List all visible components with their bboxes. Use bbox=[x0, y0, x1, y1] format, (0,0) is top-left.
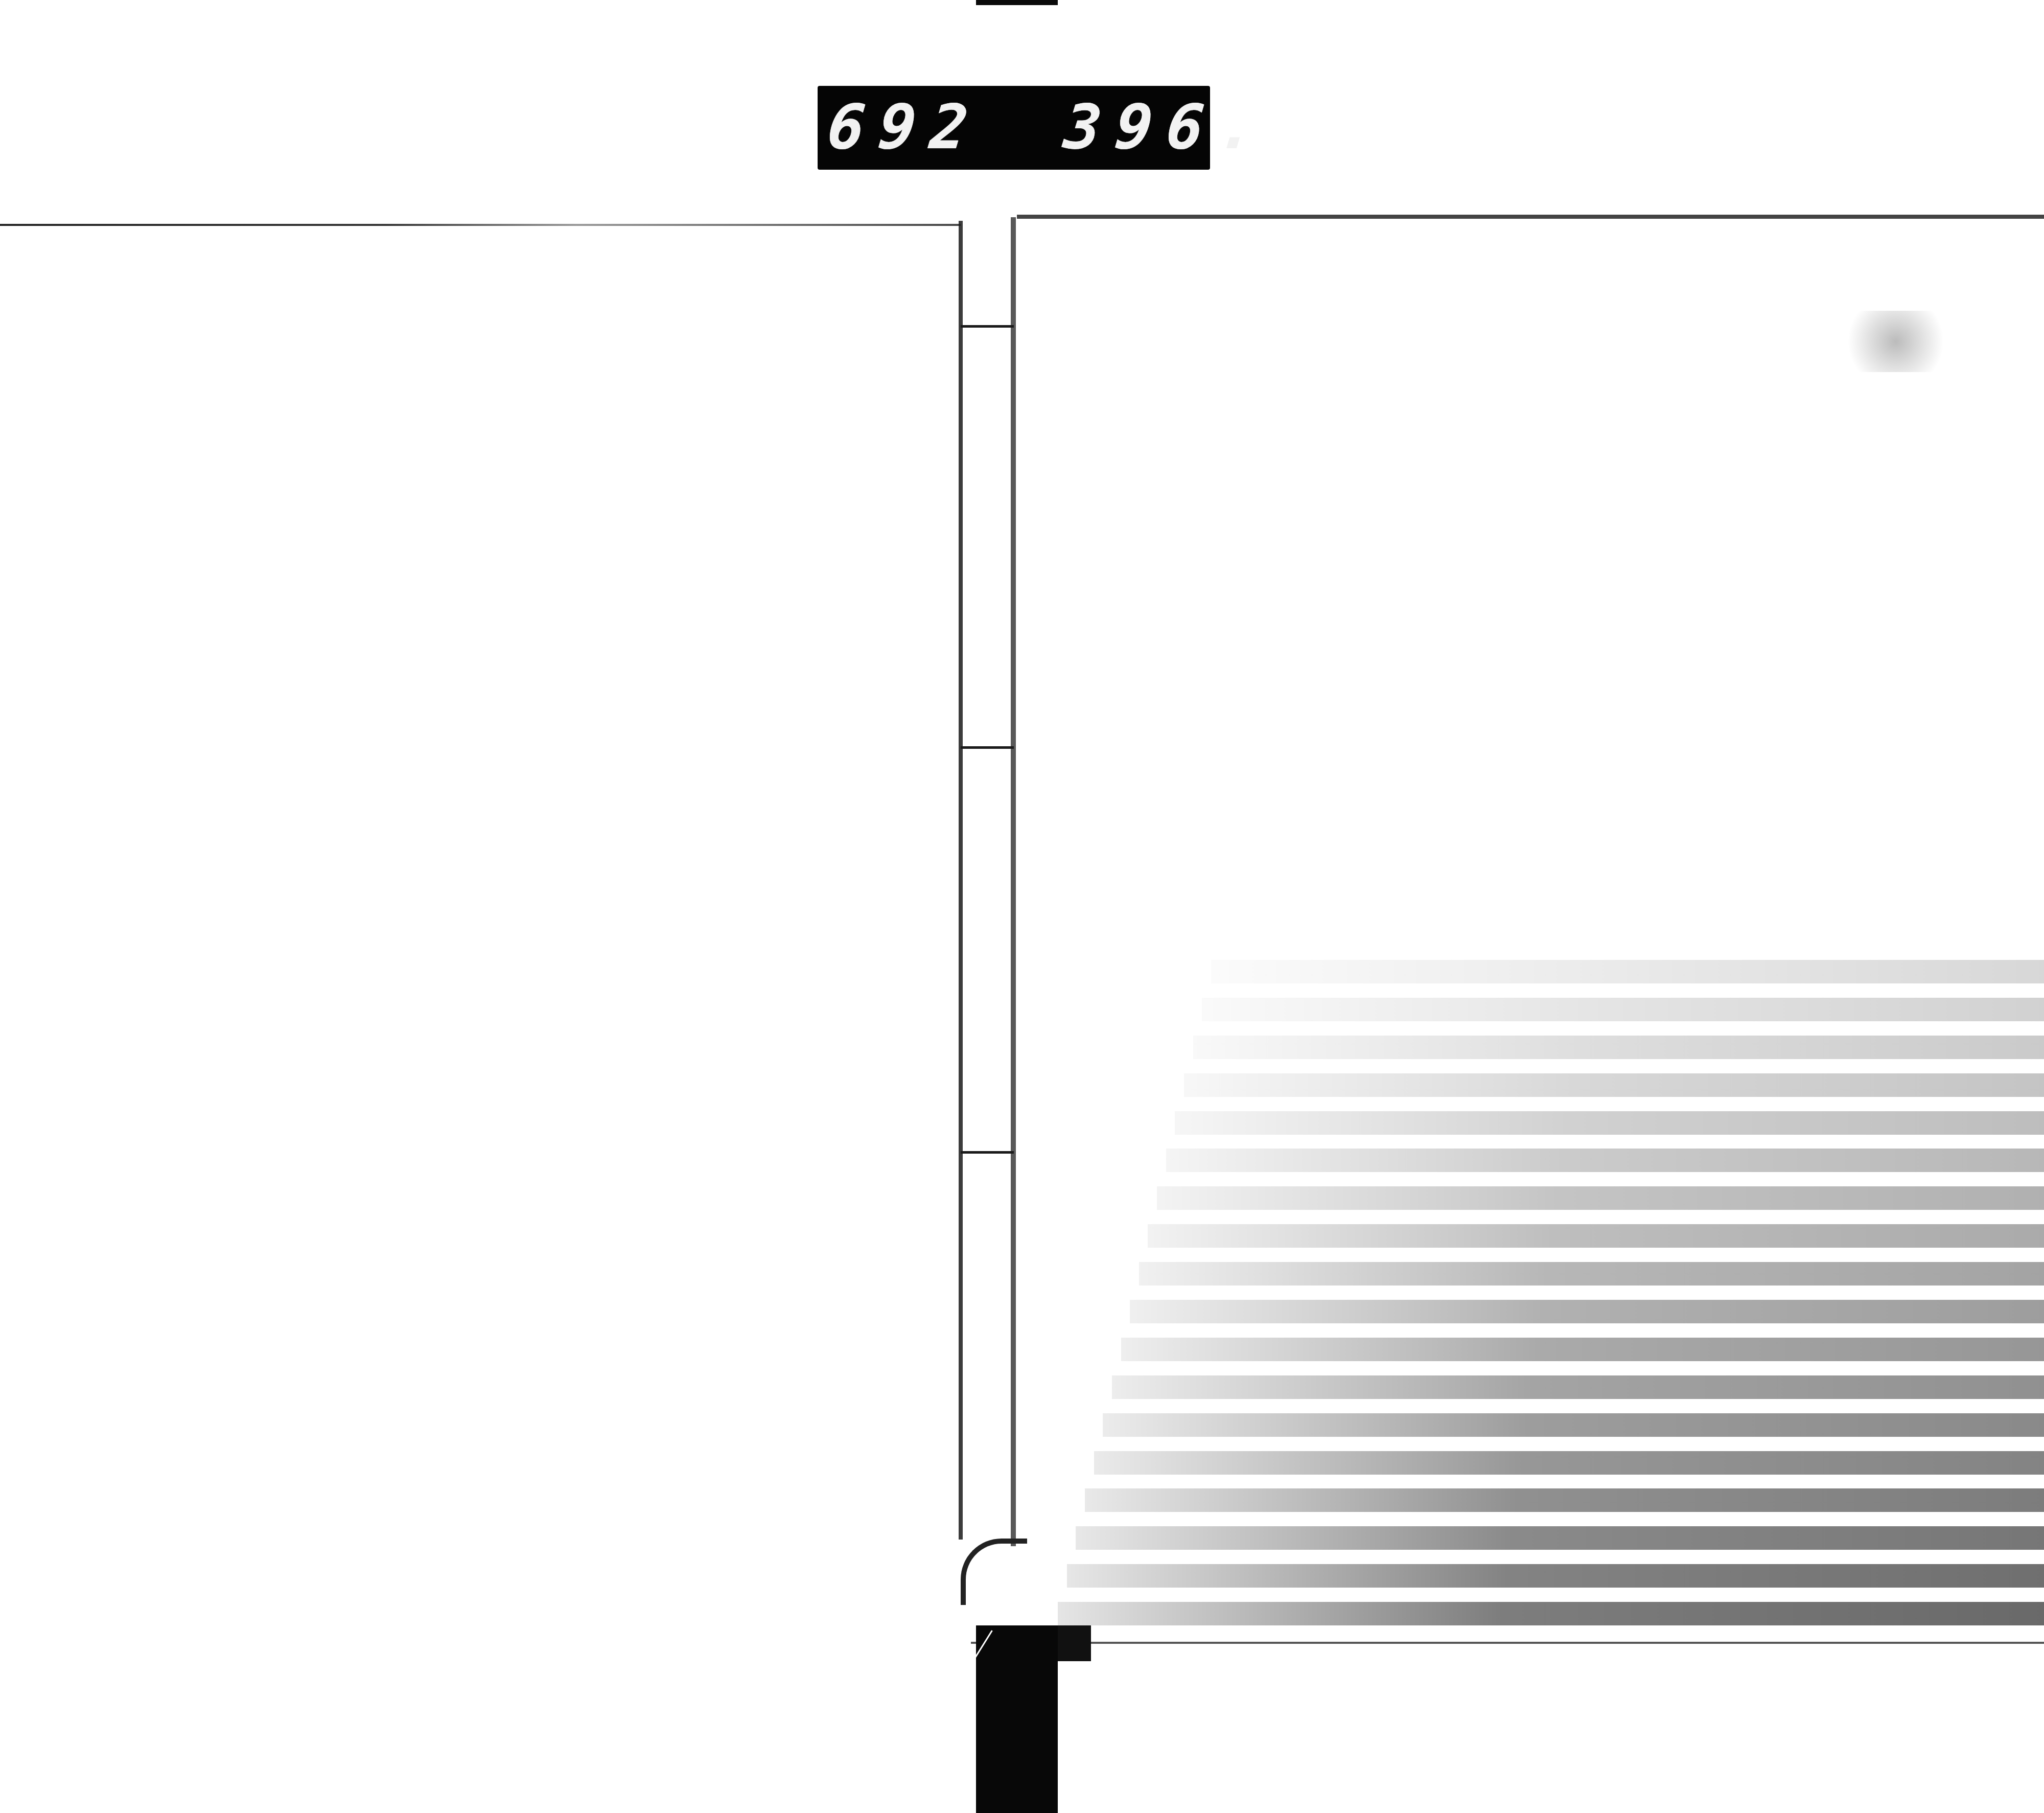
stripe-band bbox=[1094, 1451, 2044, 1475]
stripe-band bbox=[1184, 1073, 2044, 1097]
counter-digit: 9 bbox=[1112, 97, 1156, 158]
counter-left-group: 6 9 2 bbox=[828, 97, 967, 158]
stripe-band bbox=[1139, 1262, 2044, 1286]
counter-digit: 6 bbox=[825, 97, 868, 158]
counter-digit: 9 bbox=[876, 97, 919, 158]
counter-right-group: 3 9 6 . bbox=[1064, 97, 1255, 158]
panel-bottom-edge bbox=[971, 1642, 2044, 1644]
striped-panel bbox=[1017, 215, 2044, 1650]
rail-rung bbox=[961, 746, 1014, 749]
counter-digit: 3 bbox=[1061, 97, 1104, 158]
rail-rung bbox=[961, 1151, 1014, 1154]
stripe-band bbox=[1112, 1375, 2044, 1399]
speckle-area bbox=[1834, 311, 1957, 372]
stripe-band bbox=[1148, 1224, 2044, 1248]
stripe-band bbox=[1058, 1602, 2044, 1625]
counter-decimal-point: . bbox=[1215, 97, 1258, 158]
rail-outer-edge bbox=[959, 221, 963, 1540]
counter-digit: 2 bbox=[927, 97, 970, 158]
counter-digit: 6 bbox=[1164, 97, 1207, 158]
stripe-band bbox=[1202, 998, 2044, 1021]
stripe-band bbox=[1157, 1186, 2044, 1210]
stripe-band bbox=[1211, 960, 2044, 983]
horizontal-line bbox=[0, 224, 961, 226]
post-cap bbox=[1058, 1625, 1091, 1661]
stripe-band bbox=[1067, 1564, 2044, 1588]
stripe-band bbox=[1166, 1149, 2044, 1172]
stripe-band bbox=[1121, 1338, 2044, 1361]
stripe-band bbox=[1175, 1111, 2044, 1135]
rail-rung bbox=[961, 325, 1014, 328]
stripe-band bbox=[1193, 1036, 2044, 1059]
stripe-band bbox=[1076, 1526, 2044, 1550]
stripe-band bbox=[1103, 1413, 2044, 1437]
top-stub bbox=[976, 0, 1058, 5]
rail-inner-edge bbox=[1011, 217, 1016, 1546]
stripe-band bbox=[1130, 1300, 2044, 1323]
led-counter-display: 6 9 2 3 9 6 . bbox=[818, 86, 1210, 170]
frame-corner-curve bbox=[961, 1539, 1027, 1605]
stripe-band bbox=[1085, 1488, 2044, 1512]
dark-post bbox=[976, 1625, 1058, 1813]
